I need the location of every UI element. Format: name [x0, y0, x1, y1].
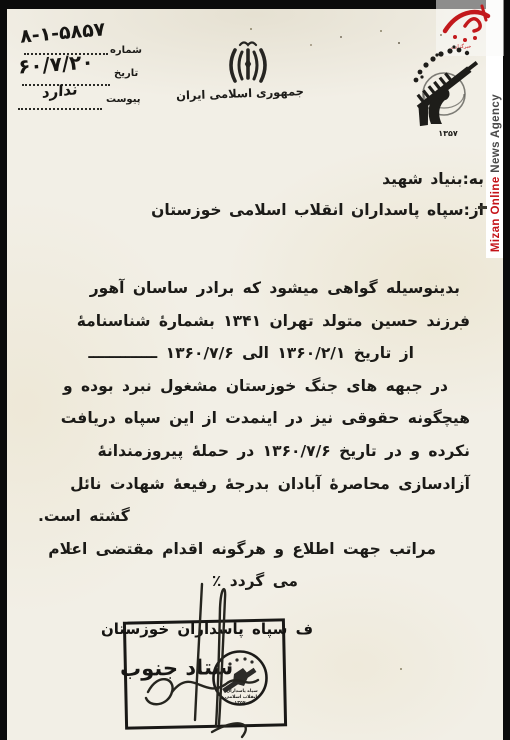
- number-label: شماره: [110, 45, 142, 56]
- scan-border-top: [0, 0, 487, 9]
- scan-dust-specks: [250, 28, 252, 30]
- body-line: فرزند حسین متولد تهران ۱۳۴۱ بشمارهٔ شناس…: [38, 305, 470, 338]
- scan-border-left: [0, 0, 7, 740]
- attachment-value: ندارد: [42, 80, 78, 102]
- body-line: نکرده و در تاریخ ۱۳۶۰/۷/۶ در حملهٔ پیروز…: [38, 435, 470, 468]
- letter-to-line: به:بنیاد شهید: [151, 164, 484, 195]
- body-line: گشته است.: [38, 500, 470, 533]
- letter-from-line: از:سپاه پاسداران انقلاب اسلامی خوزستان: [151, 195, 484, 226]
- agency-brand: Mizan Online: [490, 176, 502, 252]
- scan-artifact-dash: [478, 206, 487, 209]
- date-label: تاریخ: [114, 68, 138, 79]
- attachment-label: پیوست: [106, 94, 141, 105]
- irgc-emblem-icon: سپاه پاسداران انقلاب اسلامی ۱۳۵۷: [406, 44, 490, 138]
- emblem-caption: جمهوری اسلامی ایران: [196, 84, 304, 102]
- agency-name-rest: News Agency: [490, 94, 502, 176]
- body-line: هیچگونه حقوقی نیز در اینمدت از این سپاه …: [38, 402, 470, 435]
- agency-watermark-text: Mizan Online News Agency: [490, 94, 502, 252]
- body-line: در جبهه های جنگ خوزستان مشغول نبرد بوده …: [38, 370, 470, 403]
- irgc-year: ۱۳۵۷: [438, 129, 458, 138]
- scanned-letter-page: Mizan Online News Agency خبرگزاری ۸-۱-۵۸…: [0, 0, 510, 740]
- scan-border-right: [503, 0, 510, 740]
- handwritten-signature: [140, 574, 290, 740]
- body-line: مراتب جهت اطلاع و هرگونه اقدام مقتضی اعل…: [38, 533, 470, 566]
- letter-addressees: به:بنیاد شهید از:سپاه پاسداران انقلاب اس…: [151, 164, 484, 226]
- letter-header-block: ۸-۱-۵۸۵۷ شماره ۶۰/۷/۲۰ تاریخ ندارد پیوست: [18, 22, 168, 122]
- reference-number: ۸-۱-۵۸۵۷: [19, 18, 106, 47]
- letter-body: بدینوسیله گواهی میشود که برادر ساسان آهو…: [38, 272, 470, 598]
- attachment-dotted-line: [18, 108, 102, 110]
- body-line: بدینوسیله گواهی میشود که برادر ساسان آهو…: [38, 272, 470, 305]
- body-line: از تاریخ ۱۳۶۰/۲/۱ الی ۱۳۶۰/۷/۶ ـــــــــ…: [38, 337, 470, 370]
- body-line: آزادسازی محاصرهٔ آبادان بدرجهٔ رفیعهٔ شه…: [38, 468, 470, 501]
- date-value: ۶۰/۷/۲۰: [17, 49, 94, 78]
- iran-emblem-icon: [222, 38, 274, 88]
